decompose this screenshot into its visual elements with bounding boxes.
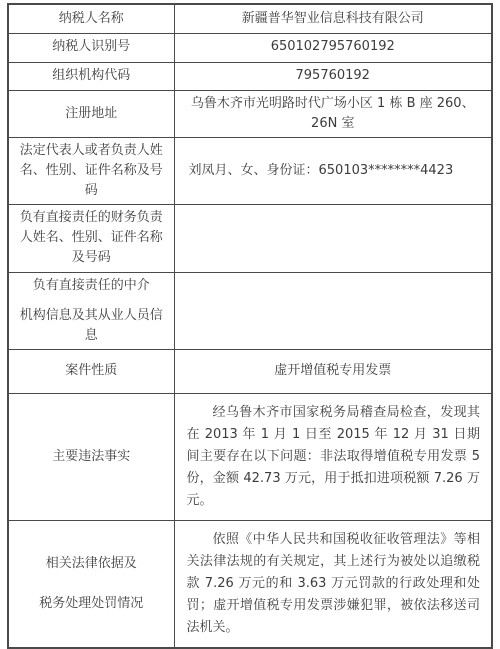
table-row-case-nature: 案件性质 虚开增值税专用发票	[8, 350, 492, 394]
label-line-1: 负有直接责任的中介	[33, 276, 150, 296]
table-row-finance-responsible: 负有直接责任的财务负责人姓名、性别、证件名称及号码	[8, 205, 492, 272]
row-value-intermediary-info	[174, 272, 492, 349]
row-value-registered-address: 乌鲁木齐市光明路时代广场小区 1 栋 B 座 260、26N 室	[174, 90, 492, 137]
tax-violation-table: 纳税人名称 新疆普华智业信息科技有限公司 纳税人识别号 650102795760…	[7, 3, 493, 649]
label-lines: 负有直接责任的中介 机构信息及其从业人员信息	[19, 276, 164, 346]
row-label-registered-address: 注册地址	[8, 90, 174, 137]
row-value-taxpayer-name: 新疆普华智业信息科技有限公司	[174, 4, 492, 33]
table-row-main-violation-facts: 主要违法事实 经乌鲁木齐市国家税务局稽查局检查，发现其在 2013 年 1 月 …	[8, 394, 492, 521]
row-label-taxpayer-id: 纳税人识别号	[8, 33, 174, 62]
legal-basis-paragraph: 依照《中华人民共和国税收征收管理法》等相关法律法规的有关规定，其上述行为被处以追…	[187, 529, 481, 639]
label-line-1: 相关法律依据及	[46, 554, 137, 574]
row-label-legal-basis-penalty: 相关法律依据及 税务处理处罚情况	[8, 521, 174, 649]
table-row-intermediary-info: 负有直接责任的中介 机构信息及其从业人员信息	[8, 272, 492, 349]
row-value-main-violation-facts: 经乌鲁木齐市国家税务局稽查局检查，发现其在 2013 年 1 月 1 日至 20…	[174, 394, 492, 521]
table-row-registered-address: 注册地址 乌鲁木齐市光明路时代广场小区 1 栋 B 座 260、26N 室	[8, 90, 492, 137]
row-value-case-nature: 虚开增值税专用发票	[174, 350, 492, 394]
row-value-org-code: 795760192	[174, 62, 492, 90]
row-value-legal-basis-penalty: 依照《中华人民共和国税收征收管理法》等相关法律法规的有关规定，其上述行为被处以追…	[174, 521, 492, 649]
row-label-legal-representative: 法定代表人或者负责人姓名、性别、证件名称及号码	[8, 137, 174, 204]
table-row-legal-basis-penalty: 相关法律依据及 税务处理处罚情况 依照《中华人民共和国税收征收管理法》等相关法律…	[8, 521, 492, 649]
row-value-legal-representative: 刘凤月、女、身份证：650103********4423	[174, 137, 492, 204]
label-line-2: 机构信息及其从业人员信息	[19, 306, 164, 346]
violation-facts-paragraph: 经乌鲁木齐市国家税务局稽查局检查，发现其在 2013 年 1 月 1 日至 20…	[187, 402, 481, 512]
row-label-main-violation-facts: 主要违法事实	[8, 394, 174, 521]
tax-penalty-disclosure-page: 纳税人名称 新疆普华智业信息科技有限公司 纳税人识别号 650102795760…	[0, 0, 500, 556]
table-row-org-code: 组织机构代码 795760192	[8, 62, 492, 90]
row-label-taxpayer-name: 纳税人名称	[8, 4, 174, 33]
row-value-taxpayer-id: 650102795760192	[174, 33, 492, 62]
row-label-case-nature: 案件性质	[8, 350, 174, 394]
row-value-finance-responsible	[174, 205, 492, 272]
row-label-org-code: 组织机构代码	[8, 62, 174, 90]
label-lines: 相关法律依据及 税务处理处罚情况	[19, 554, 164, 614]
label-line-2: 税务处理处罚情况	[39, 594, 143, 614]
table-body: 纳税人名称 新疆普华智业信息科技有限公司 纳税人识别号 650102795760…	[8, 4, 492, 648]
table-row-legal-representative: 法定代表人或者负责人姓名、性别、证件名称及号码 刘凤月、女、身份证：650103…	[8, 137, 492, 204]
table-row-taxpayer-name: 纳税人名称 新疆普华智业信息科技有限公司	[8, 4, 492, 33]
row-label-finance-responsible: 负有直接责任的财务负责人姓名、性别、证件名称及号码	[8, 205, 174, 272]
row-label-intermediary-info: 负有直接责任的中介 机构信息及其从业人员信息	[8, 272, 174, 349]
table-row-taxpayer-id: 纳税人识别号 650102795760192	[8, 33, 492, 62]
